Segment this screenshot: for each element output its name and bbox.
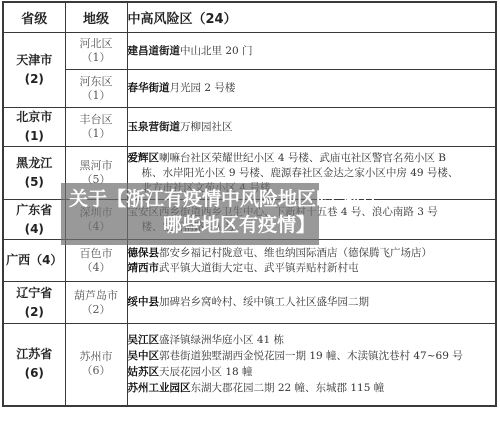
province-name: 广东省 xyxy=(4,201,65,220)
city-name: 苏州市 xyxy=(66,350,127,364)
district-name: 爱辉区 xyxy=(128,152,160,164)
province-count: (2) xyxy=(4,303,65,322)
table-row: 辽宁省 (2) 葫芦岛市 （2） 绥中县加碑岩乡窝岭村、绥中镇工人社区盛华园二期 xyxy=(3,282,496,324)
city-count: （4） xyxy=(66,261,127,275)
city-cell: 河北区 （1） xyxy=(65,33,127,70)
page: 省级 地级 中高风险区（24） 天津市 (2) 河北区 （1） 建昌道街道中山北… xyxy=(0,0,500,429)
province-cell: 黑龙江 (5) xyxy=(3,147,65,200)
city-cell: 百色市 （4） xyxy=(65,240,127,282)
province-cell: 广西（4） xyxy=(3,240,65,282)
province-name: 天津市 xyxy=(4,51,65,70)
city-cell: 丰台区 （1） xyxy=(65,108,127,147)
district-name: 吴中区 xyxy=(128,350,160,362)
area-text: 中山北里 20 门 xyxy=(180,45,253,57)
province-cell: 广东省 (4) xyxy=(3,200,65,240)
areas-cell: 德保县都安乡福记村陇意屯、维也纳国际酒店（德保腾飞广场店） 靖西市武平镇大道街大… xyxy=(127,240,496,282)
area-text: 万柳园社区 xyxy=(180,121,233,133)
banner-line-2: 哪些地区有疫情】 xyxy=(61,212,381,238)
province-name: 北京市 xyxy=(4,108,65,127)
district-name: 绥中县 xyxy=(128,296,160,308)
area-text: 郭巷街道独墅湖西金悦花园一期 19 幢、木渎镇沈巷村 47~69 号 xyxy=(159,350,463,362)
areas-cell: 绥中县加碑岩乡窝岭村、绥中镇工人社区盛华园二期 xyxy=(127,282,496,324)
city-cell: 河东区 （1） xyxy=(65,70,127,108)
table-row: 江苏省 (6) 苏州市 （6） 吴江区盛泽镇绿洲华庭小区 41 栋 吴中区郭巷街… xyxy=(3,324,496,406)
table-row: 广西（4） 百色市 （4） 德保县都安乡福记村陇意屯、维也纳国际酒店（德保腾飞广… xyxy=(3,240,496,282)
province-name: 黑龙江 xyxy=(4,154,65,173)
province-count: (6) xyxy=(4,364,65,383)
table-header-row: 省级 地级 中高风险区（24） xyxy=(3,2,496,33)
header-province: 省级 xyxy=(3,2,65,33)
areas-cell: 春华街道月光园 2 号楼 xyxy=(127,70,496,108)
province-cell: 辽宁省 (2) xyxy=(3,282,65,324)
area-text: 喇嘛台社区荣耀世纪小区 4 号楼、武庙屯社区警官名苑小区 B xyxy=(159,152,446,164)
areas-cell: 建昌道街道中山北里 20 门 xyxy=(127,33,496,70)
city-count: （6） xyxy=(66,364,127,378)
province-count: (1) xyxy=(4,127,65,146)
district-name: 靖西市 xyxy=(128,262,160,274)
province-cell: 江苏省 (6) xyxy=(3,324,65,406)
district-name: 玉泉营街道 xyxy=(128,121,181,133)
table-row: 河东区 （1） 春华街道月光园 2 号楼 xyxy=(3,70,496,108)
district-name: 德保县 xyxy=(128,247,160,259)
areas-cell: 吴江区盛泽镇绿洲华庭小区 41 栋 吴中区郭巷街道独墅湖西金悦花园一期 19 幢… xyxy=(127,324,496,406)
table-row: 北京市 (1) 丰台区 （1） 玉泉营街道万柳园社区 xyxy=(3,108,496,147)
area-text: 盛泽镇绿洲华庭小区 41 栋 xyxy=(159,334,284,346)
city-cell: 葫芦岛市 （2） xyxy=(65,282,127,324)
area-text: 东湖大郡花园二期 22 幢、东城郡 115 幢 xyxy=(191,382,385,394)
area-text: 都安乡福记村陇意屯、维也纳国际酒店（德保腾飞广场店） xyxy=(159,247,432,259)
province-name: 江苏省 xyxy=(4,345,65,364)
province-count: (5) xyxy=(4,173,65,192)
district-name: 苏州工业园区 xyxy=(128,382,191,394)
district-name: 吴江区 xyxy=(128,334,160,346)
province-cell: 北京市 (1) xyxy=(3,108,65,147)
areas-cell: 玉泉营街道万柳园社区 xyxy=(127,108,496,147)
city-cell: 苏州市 （6） xyxy=(65,324,127,406)
city-name: 百色市 xyxy=(66,247,127,261)
area-text: 武平镇大道街大定屯、武平镇弄贴村新村屯 xyxy=(159,262,359,274)
city-name: 黑河市 xyxy=(66,159,127,173)
province-count: (2) xyxy=(4,70,65,89)
header-city: 地级 xyxy=(65,2,127,33)
city-name: 丰台区 xyxy=(66,113,127,127)
city-name: 河东区 xyxy=(66,75,127,89)
province-cell: 天津市 (2) xyxy=(3,33,65,108)
city-count: （2） xyxy=(66,303,127,317)
district-name: 春华街道 xyxy=(128,82,170,94)
province-name: 辽宁省 xyxy=(4,284,65,303)
area-text: 加碑岩乡窝岭村、绥中镇工人社区盛华园二期 xyxy=(159,296,369,308)
province-name: 广西（4） xyxy=(4,251,65,270)
table-row: 天津市 (2) 河北区 （1） 建昌道街道中山北里 20 门 xyxy=(3,33,496,70)
area-text: 月光园 2 号楼 xyxy=(170,82,236,94)
city-name: 河北区 xyxy=(66,37,127,51)
banner-line-1: 关于【浙江有疫情中风险地区吗,浙江 xyxy=(61,186,381,212)
district-name: 建昌道街道 xyxy=(128,45,181,57)
city-count: （1） xyxy=(66,51,127,65)
city-name: 葫芦岛市 xyxy=(66,289,127,303)
city-count: （1） xyxy=(66,127,127,141)
area-text: 天辰花园小区 18 幢 xyxy=(159,366,253,378)
district-name: 姑苏区 xyxy=(128,366,160,378)
area-text: 栋、水岸阳光小区 9 号楼、鹿源春社区金达之家小区中房 49 号楼、 xyxy=(128,166,496,181)
title-banner-text: 关于【浙江有疫情中风险地区吗,浙江 哪些地区有疫情】 xyxy=(61,183,381,238)
province-count: (4) xyxy=(4,220,65,239)
header-areas: 中高风险区（24） xyxy=(127,2,496,33)
city-count: （1） xyxy=(66,89,127,103)
